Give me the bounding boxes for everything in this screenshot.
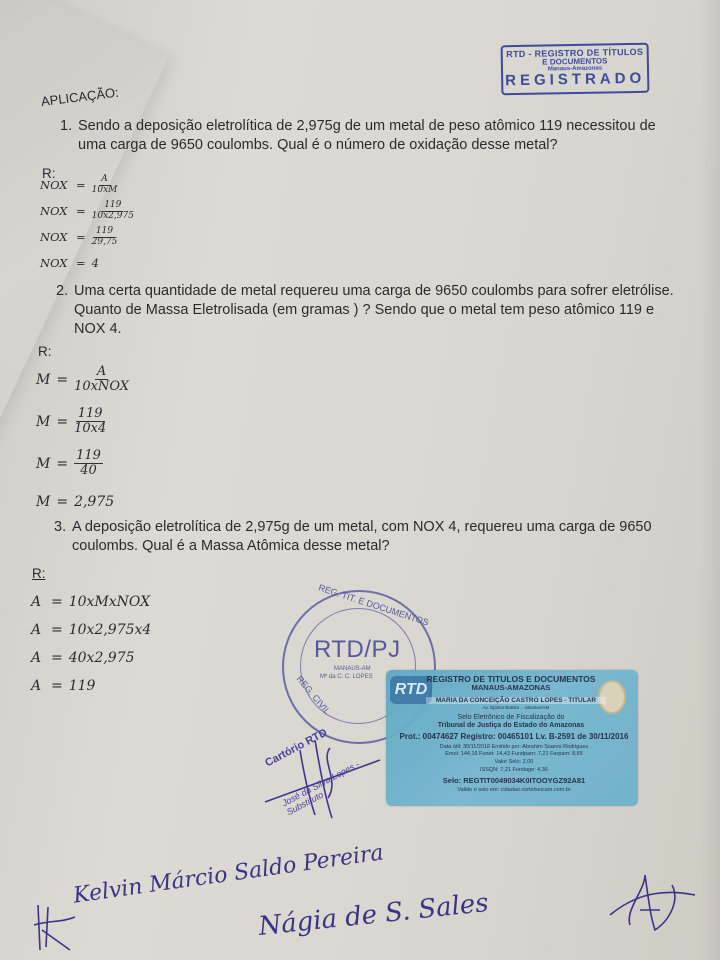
equation-step: M= 11910x4 — [36, 407, 106, 437]
signature-2: Nágia de S. Sales — [257, 888, 490, 942]
equals-sign: = — [76, 204, 86, 218]
question-text-line: Quanto de Massa Eletrolisada (em gramas … — [74, 301, 674, 320]
stamp-main-text: RTD/PJ — [314, 636, 401, 664]
denominator: 40 — [80, 464, 97, 478]
electronic-seal-sticker: RTD REGISTRO DE TITULOS E DOCUMENTOS MAN… — [386, 670, 638, 806]
equation-step: NOX= A10xM — [40, 175, 117, 196]
denominator: 29,75 — [92, 238, 118, 248]
seal-date-line: Data útil: 30/11/2016 Emitido por: Abrah… — [394, 744, 634, 750]
seal-line2: Tribunal de Justiça do Estado do Amazona… — [406, 722, 616, 729]
seal-city: MANAUS-AMAZONAS — [406, 683, 616, 692]
equation-lhs: A — [31, 678, 45, 694]
seal-holder: MARIA DA CONCEIÇÃO CASTRO LOPES - TITULA… — [426, 697, 606, 704]
equation-lhs: M — [36, 372, 50, 388]
initials-signature — [30, 895, 80, 955]
equation-lhs: NOX — [40, 256, 70, 270]
registered-stamp-line4: REGISTRADO — [503, 71, 647, 89]
equation-value: 4 — [92, 256, 99, 270]
question-2: 2. Uma certa quantidade de metal requere… — [74, 282, 674, 339]
seal-line1: Selo Eletrônico de Fiscalização do — [406, 714, 616, 721]
equation-value: 10xMxNOX — [69, 594, 150, 610]
question-number: 2. — [56, 282, 68, 301]
equation-lhs: NOX — [40, 204, 70, 218]
equals-sign: = — [51, 622, 63, 638]
equation-lhs: M — [36, 456, 50, 472]
registered-stamp: RTD - REGISTRO DE TÍTULOS E DOCUMENTOS M… — [501, 43, 650, 96]
seal-address: Av. Djalma Batista ... Manaus/AM — [426, 705, 606, 710]
numerator: A — [95, 365, 108, 380]
equals-sign: = — [51, 594, 63, 610]
seal-code: Selo: REGTIT0049034K0ITOOYGZ92A81 — [394, 776, 634, 785]
seal-valor: Valor Selo: 2,00 — [394, 759, 634, 765]
question-text-line: Sendo a deposição eletrolítica de 2,975g… — [78, 117, 656, 136]
question-number: 3. — [54, 518, 66, 537]
equation-step: A= 40x2,975 — [31, 650, 135, 666]
equation-step: NOX= 11929,75 — [40, 227, 117, 248]
equation-value: 2,975 — [74, 494, 114, 510]
equation-step: NOX= 11910x2,975 — [40, 201, 134, 222]
fraction: A10xNOX — [74, 365, 129, 395]
fraction: 11940 — [74, 449, 103, 479]
question-text-line: Uma certa quantidade de metal requereu u… — [74, 282, 674, 301]
numerator: 119 — [74, 449, 103, 464]
notary-signature-scribble — [260, 720, 400, 820]
seal-protocol: Prot.: 00474627 Registro: 00465101 Lv. B… — [394, 732, 634, 741]
equation-step: M= 2,975 — [36, 494, 114, 510]
equation-value: 119 — [69, 678, 96, 694]
denominator: 10xM — [92, 186, 118, 196]
equation-lhs: M — [36, 414, 50, 430]
equation-value: 10x2,975x4 — [69, 622, 152, 638]
equation-step: M= 11940 — [36, 449, 103, 479]
equals-sign: = — [76, 230, 86, 244]
equation-step: A= 10x2,975x4 — [31, 622, 151, 638]
paper-edge-shadow — [700, 0, 720, 960]
question-text-line: A deposição eletrolítica de 2,975g de um… — [72, 518, 652, 537]
equals-sign: = — [51, 650, 63, 666]
stamp-sub-text: MANAUS-AM — [334, 666, 371, 672]
equation-lhs: A — [31, 622, 45, 638]
fraction: 11910x4 — [74, 407, 106, 437]
equation-lhs: A — [31, 650, 45, 666]
seal-validate-text: Valide o selo em: cidadao.cortelseicam.c… — [394, 787, 634, 793]
equals-sign: = — [51, 678, 63, 694]
equals-sign: = — [56, 456, 68, 472]
fraction: A10xM — [92, 175, 118, 196]
equals-sign: = — [76, 256, 86, 270]
question-number: 1. — [60, 117, 72, 136]
stamp-sub-text-2: Mª da C. C. LOPES — [320, 674, 373, 680]
question-text-line: NOX 4. — [74, 320, 674, 339]
equals-sign: = — [56, 372, 68, 388]
equation-lhs: NOX — [40, 230, 70, 244]
denominator: 10xNOX — [74, 380, 129, 394]
denominator: 10x4 — [74, 422, 106, 436]
fraction: 11910x2,975 — [92, 201, 134, 222]
equation-step: NOX= 4 — [40, 256, 99, 270]
equation-lhs: A — [31, 594, 45, 610]
question-text-line: coulombs. Qual é a Massa Atômica desse m… — [72, 537, 652, 556]
equation-step: A= 119 — [31, 678, 95, 694]
numerator: 119 — [76, 407, 105, 422]
denominator: 10x2,975 — [92, 212, 134, 222]
question-text-line: uma carga de 9650 coulombs. Qual é o núm… — [78, 136, 656, 155]
equals-sign: = — [76, 178, 86, 192]
seal-issqn: ISSQN: 7,21 Fundage: 4,36 — [394, 767, 634, 773]
equation-step: M= A10xNOX — [36, 365, 129, 395]
seal-fees-line: Emol: 144,16 Funet: 14,43 Fundpam: 7,21 … — [394, 751, 634, 757]
signature-1: Kelvin Márcio Saldo Pereira — [72, 840, 385, 908]
answer-label: R: — [32, 566, 46, 581]
equals-sign: = — [56, 414, 68, 430]
equation-value: 40x2,975 — [69, 650, 135, 666]
equals-sign: = — [56, 494, 68, 510]
question-3: 3. A deposição eletrolítica de 2,975g de… — [72, 518, 652, 556]
equation-step: A= 10xMxNOX — [31, 594, 150, 610]
fraction: 11929,75 — [92, 227, 118, 248]
question-1: 1. Sendo a deposição eletrolítica de 2,9… — [78, 117, 656, 155]
answer-label: R: — [38, 344, 52, 359]
rubric-signature — [600, 870, 700, 940]
equation-lhs: M — [36, 494, 50, 510]
equation-lhs: NOX — [40, 178, 70, 192]
